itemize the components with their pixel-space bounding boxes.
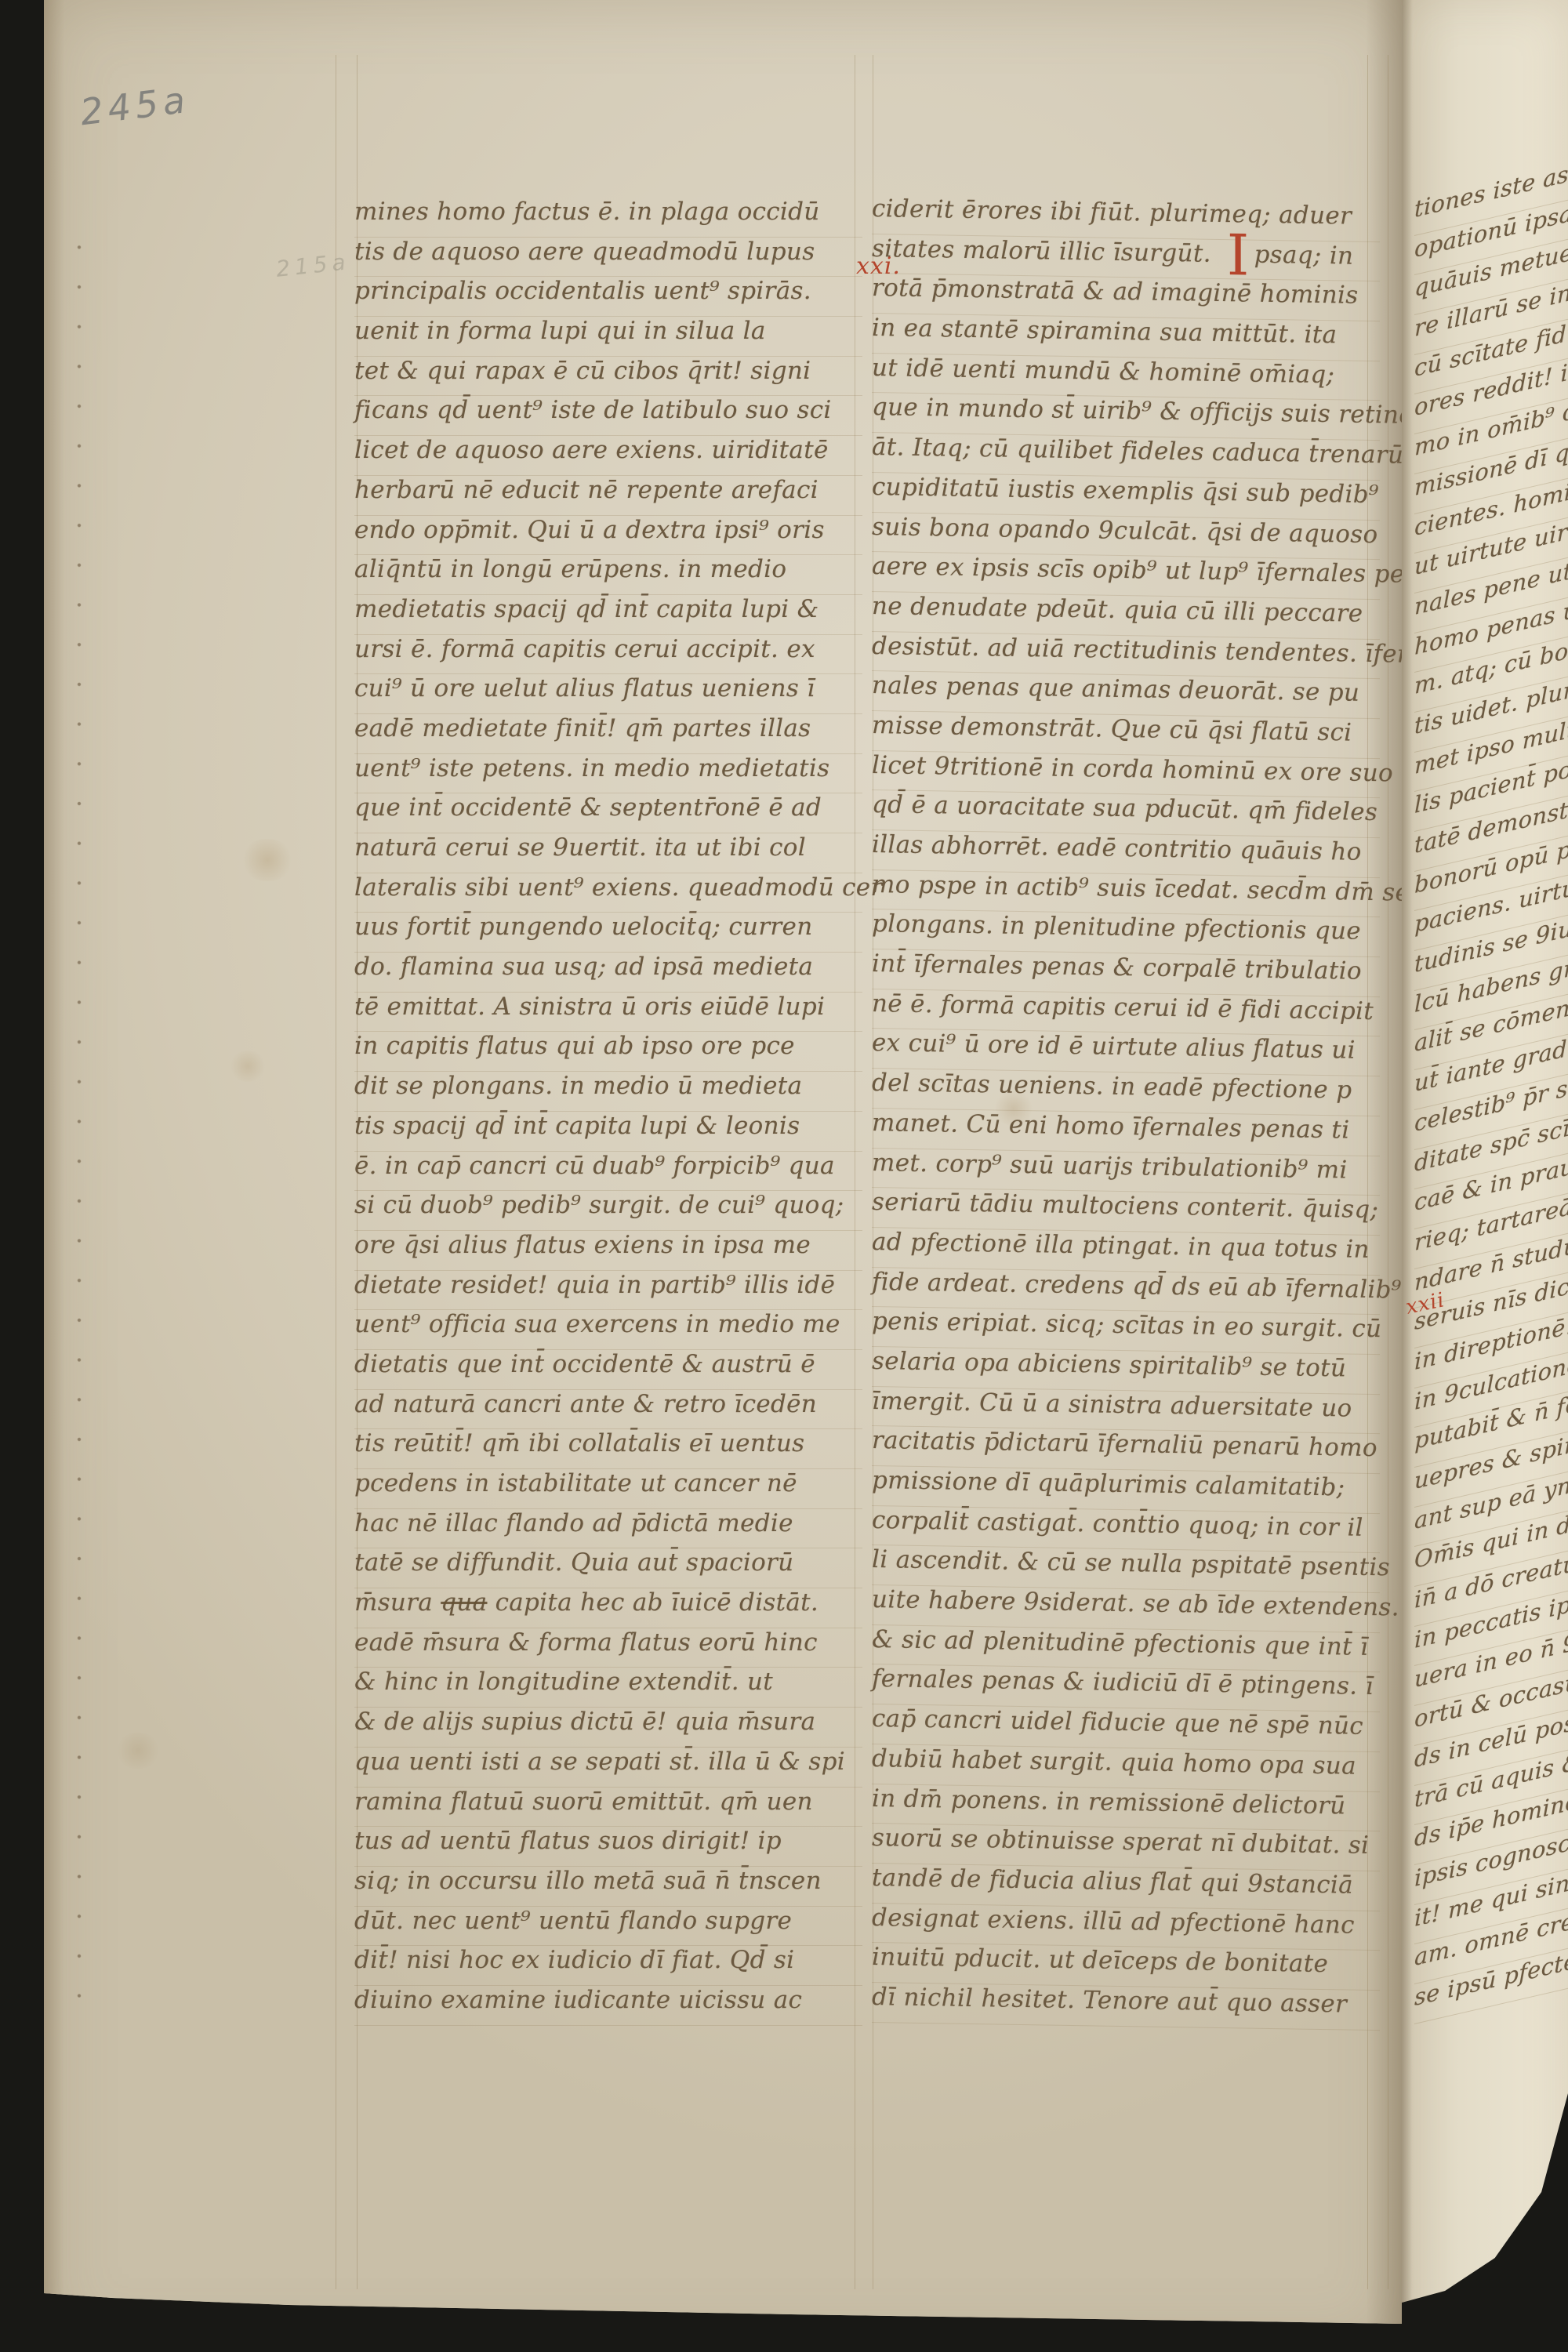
manuscript-text-line: ē. in cap̄ cancri cū duab⁹ forpicib⁹ qua [354,1152,862,1192]
manuscript-text-line: cui⁹ ū ore uelut alius flatus ueniens ī [354,674,862,714]
ruling-vertical-line [336,55,336,2289]
manuscript-text-line: eadē m̄sura & forma flatus eorū hinc [354,1628,862,1668]
manuscript-text-line: ad naturā cancri ante & retro īcedēn [354,1390,862,1430]
parchment-stain [229,1051,267,1082]
manuscript-text-line: tis de aquoso aere queadmodū lupus [354,238,862,278]
parchment-stain [114,1733,162,1769]
manuscript-photo: 245a 215a xxi. mines homo factus ē. in p… [0,0,1568,2352]
pencil-folio-number: 245a [78,78,192,134]
manuscript-text-line: hac nē illac flando ad p̄dictā medie [354,1509,862,1549]
manuscript-text-line: principalis occidentalis uent⁹ spirās. [354,277,862,317]
manuscript-text-line: tis spacij qd̄ int̄ capita lupi & leonis [354,1112,862,1152]
manuscript-text-line: siq; in occursu illo metā suā n̄ t̄nscen [354,1867,862,1907]
manuscript-text-line: ursi ē. formā capitis cerui accipit. ex [354,635,862,675]
text-column-left: mines homo factus ē. in plaga occidūtis … [354,198,862,2026]
manuscript-text-line: dietate residet! quia in partib⁹ illis i… [354,1271,862,1311]
manuscript-text-line: ramina flatuū suorū emittūt. qm̄ uen [354,1788,862,1828]
manuscript-text-line: diuino examine iudicante uicissu ac [354,1986,862,2026]
text-column-right: ciderit ērores ibi fiūt. plurimeq; aduer… [872,194,1380,2031]
manuscript-text-line: tus ad uentū flatus suos dirigit! ip [354,1827,862,1867]
parchment-stain [240,839,295,881]
manuscript-text-line: licet de aquoso aere exiens. uiriditatē [354,436,862,476]
manuscript-text-line: & de alijs supius dictū ē! quia m̄sura [354,1708,862,1748]
manuscript-text-line: tis reūtit̄! qm̄ ibi collat̄alis eī uent… [354,1429,862,1469]
manuscript-text-line: herbarū nē educit nē repente arefaci [354,476,862,516]
manuscript-text-line: dī nichil hesitet. Tenore aut̄ quo asser [872,1983,1380,2031]
manuscript-text-line: lateralis sibi uent⁹ exiens. queadmodū c… [354,873,862,913]
page-fold-shadow [1402,0,1413,2352]
manuscript-text-line: eadē medietate finit̄! qm̄ partes illas [354,714,862,754]
manuscript-text-line: dit̄! nisi hoc ex iudicio dī fiat. Qd̄ s… [354,1946,862,1986]
manuscript-text-line: si cū duob⁹ pedib⁹ surgit. de cui⁹ quoq; [354,1191,862,1231]
manuscript-next-page-edge: xxii tiones iste ase discrete it inopati… [1402,0,1568,2352]
manuscript-text-line: ore q̄si alius flatus exiens in ipsa me [354,1231,862,1271]
manuscript-text-line: endo opp̄mit. Qui ū a dextra ipsi⁹ oris [354,516,862,556]
red-initial-letter: I [1227,222,1250,288]
manuscript-text-line: tatē se diffundit. Quia aut̄ spaciorū [354,1548,862,1588]
page-left-edge-shading [44,0,64,2352]
manuscript-text-line: in capitis flatus qui ab ipso ore pce [354,1032,862,1072]
manuscript-text-line: aliq̄ntū in longū erūpens. in medio [354,555,862,595]
pencil-faint-mark: 215a [275,249,352,282]
ruling-vertical-line [1388,55,1388,2289]
manuscript-text-line: uent⁹ officia sua exercens in medio me [354,1310,862,1350]
pricking-holes [77,227,82,2031]
manuscript-text-line: ficans qd̄ uent⁹ iste de latibulo suo sc… [354,396,862,436]
manuscript-text-line: dietatis que int̄ occidentē & austrū ē [354,1350,862,1390]
manuscript-text-line: m̄sura qua capita hec ab īuicē distāt. [354,1588,862,1628]
manuscript-text-line: uent⁹ iste petens. in medio medietatis [354,754,862,794]
manuscript-text-line: pcedens in istabilitate ut cancer nē [354,1469,862,1509]
manuscript-text-line: mines homo factus ē. in plaga occidū [354,198,862,238]
next-page-text-fragments: tiones iste ase discrete it inopationū i… [1414,120,1568,2024]
manuscript-left-page: 245a 215a xxi. mines homo factus ē. in p… [44,0,1402,2352]
manuscript-text-line: tet & qui rapax ē cū cibos q̄rit! signi [354,357,862,397]
manuscript-text-line: tē emittat. A sinistra ū oris eiūdē lupi [354,993,862,1033]
manuscript-text-line: uenit in forma lupi qui in silua la [354,317,862,357]
manuscript-text-line: uus fortit̄ pungendo uelocit̄q; curren [354,913,862,953]
manuscript-text-line: qua uenti isti a se sepati st̄. illa ū &… [354,1748,862,1788]
manuscript-text-line: & hinc in longitudine extendit̄. ut [354,1668,862,1708]
manuscript-text-line: dūt. nec uent⁹ uentū flando supgre [354,1907,862,1947]
struck-out-word: qua [441,1588,487,1617]
manuscript-text-line: dit se plongans. in medio ū medieta [354,1072,862,1112]
manuscript-text-line: do. flamina sua usq; ad ipsā medieta [354,953,862,993]
manuscript-text-line: que int̄ occidentē & septentr̄onē ē ad [354,793,862,833]
manuscript-text-line: medietatis spacij qd̄ int̄ capita lupi & [354,595,862,635]
manuscript-text-line: naturā cerui se 9uertit. ita ut ibi col [354,833,862,873]
